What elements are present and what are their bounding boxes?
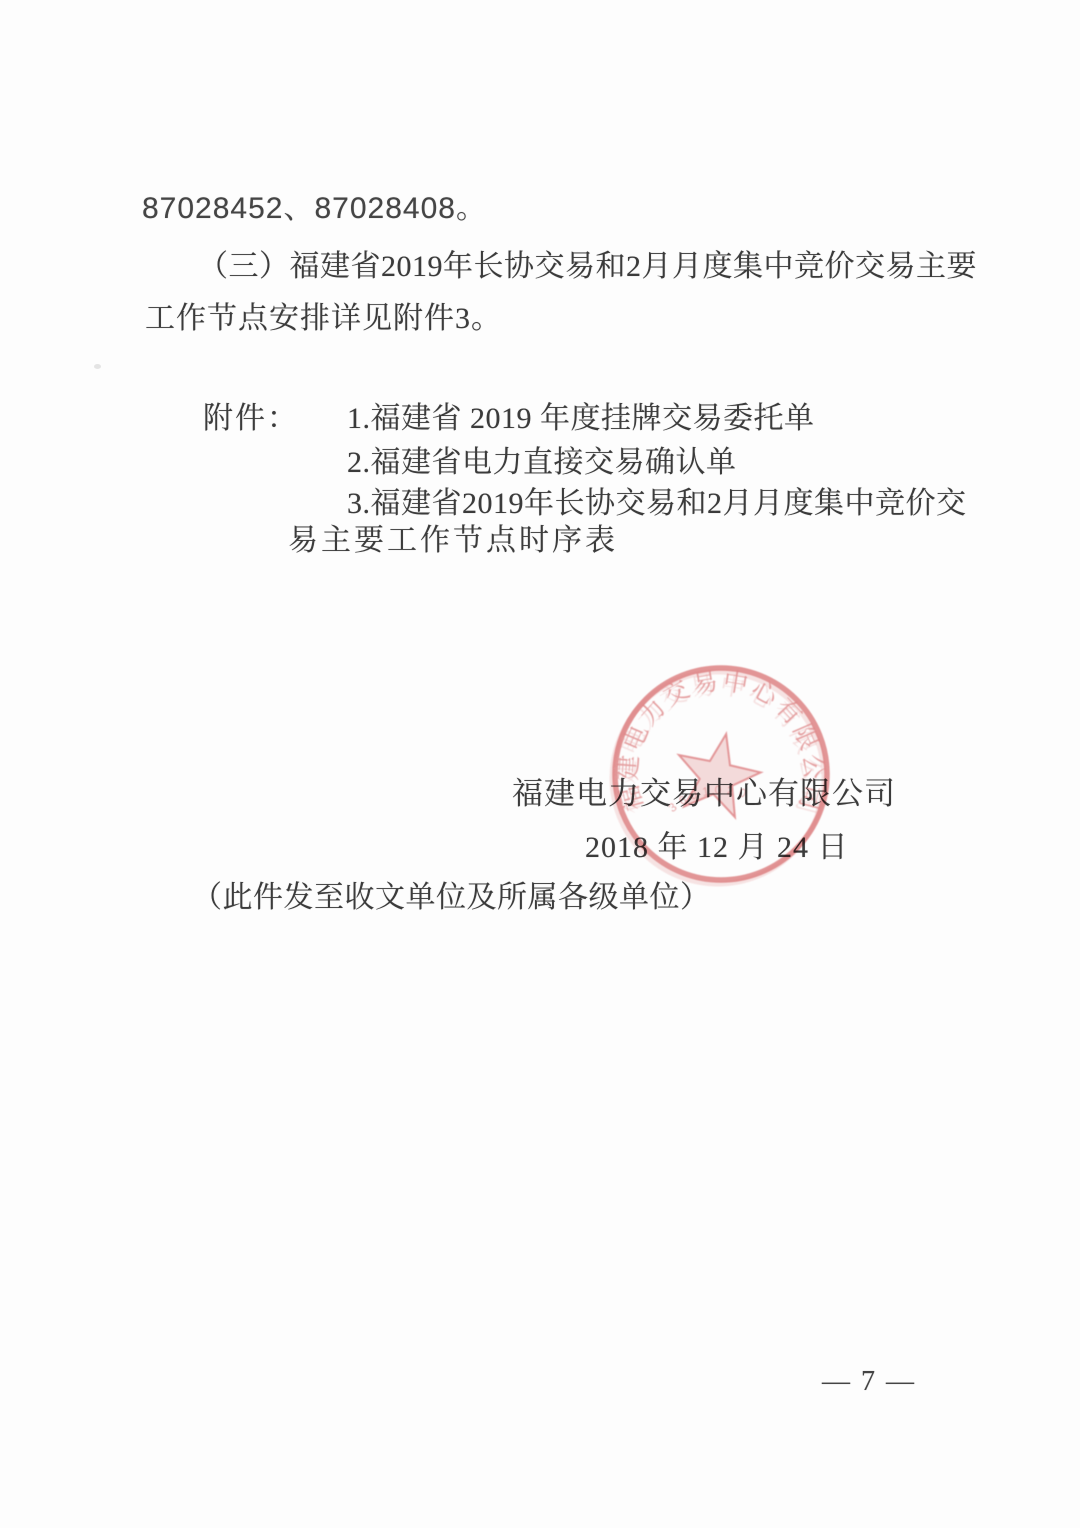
paragraph-section3-line1: （三）福建省2019年长协交易和2月月度集中竞价交易主要 [198,248,977,286]
signature-company-name: 福建电力交易中心有限公司 [512,775,896,814]
phone-numbers-line: 87028452、87028408。 [142,190,487,228]
scan-artifact-speck [94,364,101,369]
attachment-item-2: 2.福建省电力直接交易确认单 [347,444,737,482]
signature-date: 2018 年 12 月 24 日 [585,829,849,867]
paragraph-section3-line2: 工作节点安排详见附件3。 [145,300,502,338]
attachment-item-3: 3.福建省2019年长协交易和2月月度集中竞价交 [347,485,967,523]
attachment-item-3-continuation: 易主要工作节点时序表 [288,522,618,560]
attachments-label: 附件： [203,400,299,438]
page-number: — 7 — [822,1364,916,1399]
document-page: 87028452、87028408。 （三）福建省2019年长协交易和2月月度集… [0,0,1080,1528]
distribution-note: （此件发至收文单位及所属各级单位） [192,879,711,917]
attachment-item-1: 1.福建省 2019 年度挂牌交易委托单 [347,400,815,438]
